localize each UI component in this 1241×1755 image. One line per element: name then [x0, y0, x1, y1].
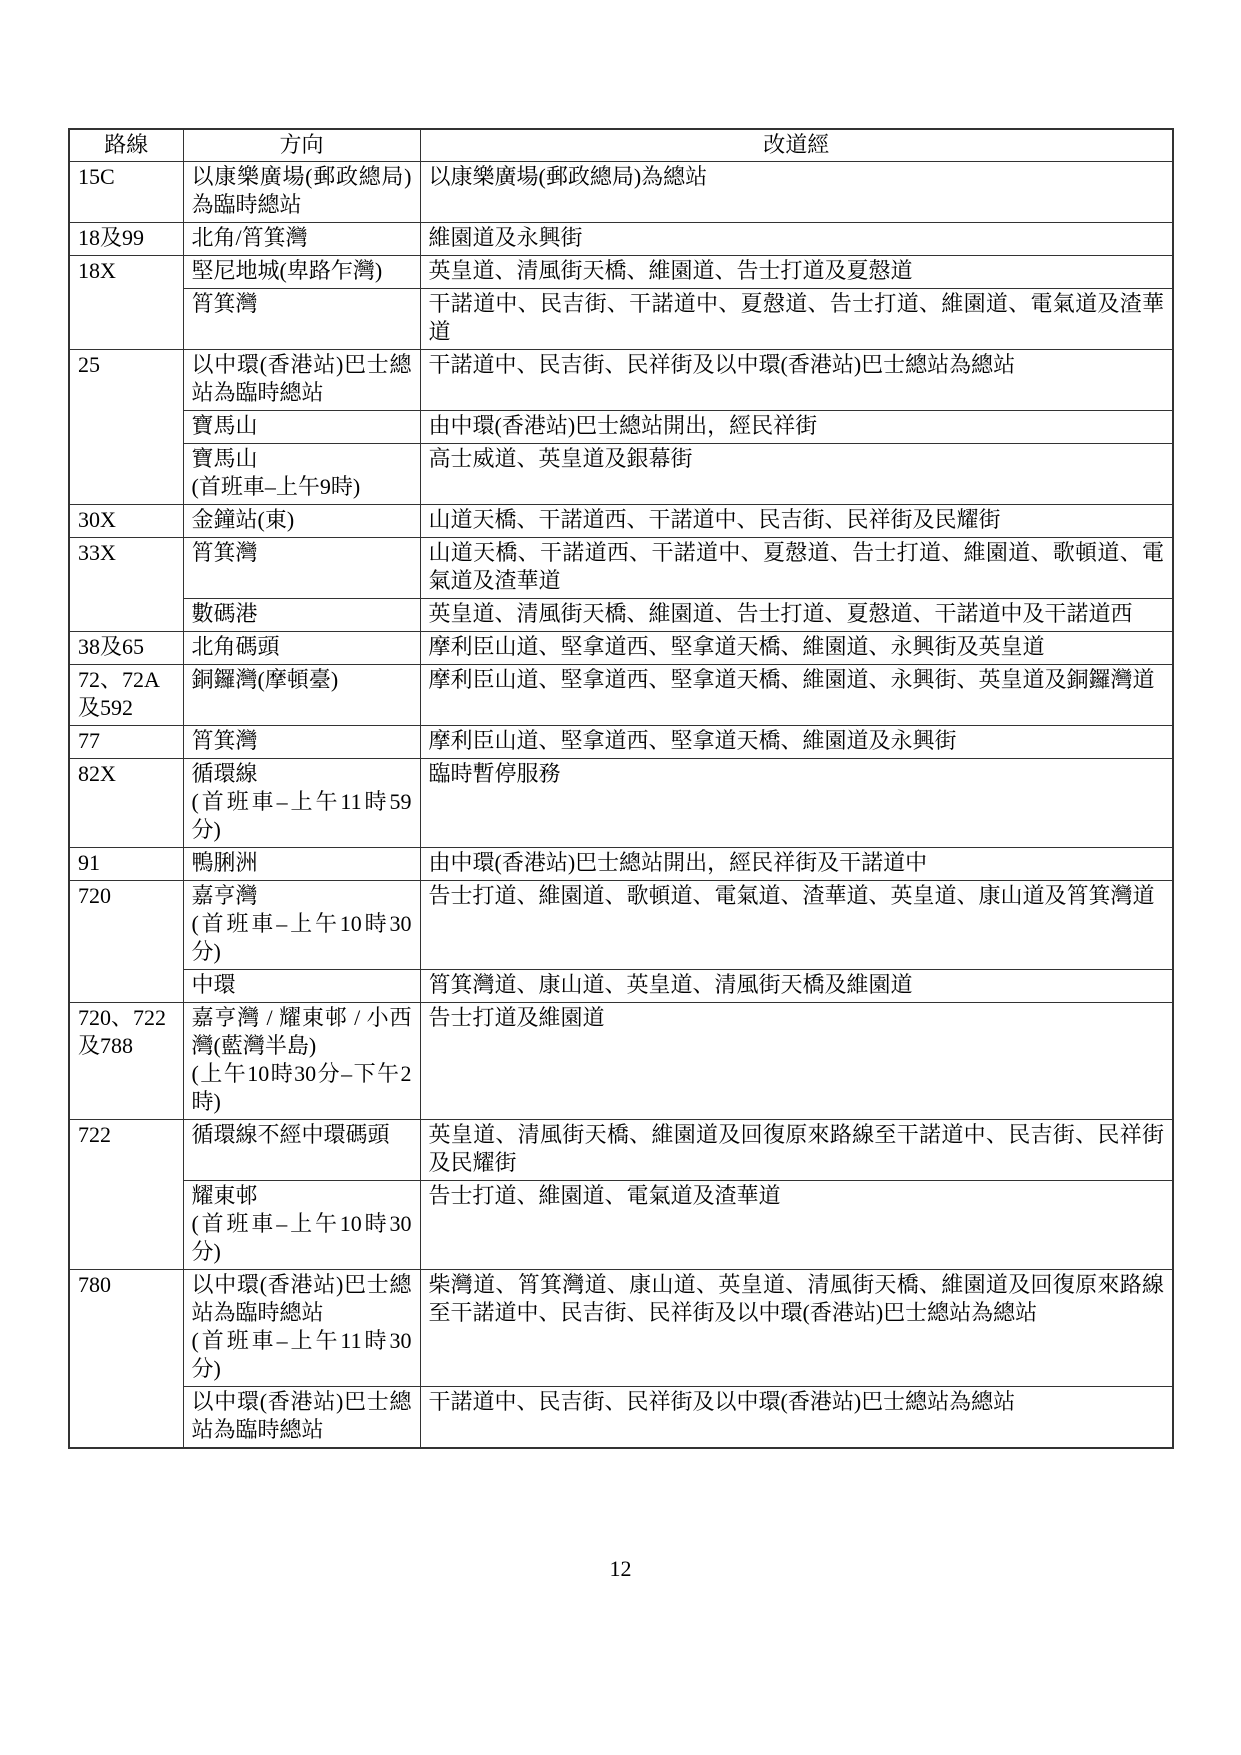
via-cell: 柴灣道、筲箕灣道、康山道、英皇道、清風街天橋、維園道及回復原來路線至干諾道中、民… [420, 1269, 1173, 1386]
header-via: 改道經 [420, 129, 1173, 161]
header-direction: 方向 [183, 129, 420, 161]
via-cell: 臨時暫停服務 [420, 758, 1173, 847]
table-row: 33X筲箕灣山道天橋、干諾道西、干諾道中、夏慤道、告士打道、維園道、歌頓道、電氣… [69, 537, 1173, 598]
table-row: 30X金鐘站(東)山道天橋、干諾道西、干諾道中、民吉街、民祥街及民耀街 [69, 504, 1173, 537]
direction-cell: 北角碼頭 [183, 631, 420, 664]
via-cell: 干諾道中、民吉街、民祥街及以中環(香港站)巴士總站為總站 [420, 349, 1173, 410]
via-cell: 告士打道、維園道、歌頓道、電氣道、渣華道、英皇道、康山道及筲箕灣道 [420, 880, 1173, 969]
table-row: 耀東邨 (首班車–上午10時30分)告士打道、維園道、電氣道及渣華道 [69, 1180, 1173, 1269]
table-row: 寶馬山由中環(香港站)巴士總站開出，經民祥街 [69, 410, 1173, 443]
table-row: 25以中環(香港站)巴士總站為臨時總站干諾道中、民吉街、民祥街及以中環(香港站)… [69, 349, 1173, 410]
direction-cell: 以中環(香港站)巴士總站為臨時總站 [183, 1386, 420, 1448]
direction-cell: 循環線不經中環碼頭 [183, 1119, 420, 1180]
via-cell: 由中環(香港站)巴士總站開出，經民祥街及干諾道中 [420, 847, 1173, 880]
table-row: 18X堅尼地城(卑路乍灣)英皇道、清風街天橋、維園道、告士打道及夏慤道 [69, 255, 1173, 288]
table-row: 寶馬山 (首班車–上午9時)高士威道、英皇道及銀幕街 [69, 443, 1173, 504]
direction-cell: 堅尼地城(卑路乍灣) [183, 255, 420, 288]
via-cell: 英皇道、清風街天橋、維園道、告士打道及夏慤道 [420, 255, 1173, 288]
via-cell: 高士威道、英皇道及銀幕街 [420, 443, 1173, 504]
route-cell: 720 [69, 880, 183, 1002]
via-cell: 英皇道、清風街天橋、維園道及回復原來路線至干諾道中、民吉街、民祥街及民耀街 [420, 1119, 1173, 1180]
direction-cell: 北角/筲箕灣 [183, 222, 420, 255]
page-number: 12 [0, 1556, 1241, 1582]
direction-cell: 銅鑼灣(摩頓臺) [183, 664, 420, 725]
route-cell: 30X [69, 504, 183, 537]
direction-cell: 寶馬山 [183, 410, 420, 443]
via-cell: 告士打道、維園道、電氣道及渣華道 [420, 1180, 1173, 1269]
direction-cell: 循環線 (首班車–上午11時59分) [183, 758, 420, 847]
direction-cell: 筲箕灣 [183, 288, 420, 349]
direction-cell: 以康樂廣場(郵政總局)為臨時總站 [183, 161, 420, 222]
direction-cell: 金鐘站(東) [183, 504, 420, 537]
table-row: 中環筲箕灣道、康山道、英皇道、清風街天橋及維園道 [69, 969, 1173, 1002]
direction-cell: 嘉亨灣 / 耀東邨 / 小西灣(藍灣半島) (上午10時30分–下午2時) [183, 1002, 420, 1119]
via-cell: 英皇道、清風街天橋、維園道、告士打道、夏慤道、干諾道中及干諾道西 [420, 598, 1173, 631]
route-cell: 91 [69, 847, 183, 880]
table-row: 720嘉亨灣 (首班車–上午10時30分)告士打道、維園道、歌頓道、電氣道、渣華… [69, 880, 1173, 969]
direction-cell: 鴨脷洲 [183, 847, 420, 880]
table-row: 780以中環(香港站)巴士總站為臨時總站 (首班車–上午11時30分)柴灣道、筲… [69, 1269, 1173, 1386]
route-cell: 15C [69, 161, 183, 222]
direction-cell: 以中環(香港站)巴士總站為臨時總站 (首班車–上午11時30分) [183, 1269, 420, 1386]
table-row: 18及99北角/筲箕灣維園道及永興街 [69, 222, 1173, 255]
via-cell: 干諾道中、民吉街、干諾道中、夏慤道、告士打道、維園道、電氣道及渣華道 [420, 288, 1173, 349]
route-cell: 780 [69, 1269, 183, 1448]
table-row: 15C以康樂廣場(郵政總局)為臨時總站以康樂廣場(郵政總局)為總站 [69, 161, 1173, 222]
direction-cell: 寶馬山 (首班車–上午9時) [183, 443, 420, 504]
route-cell: 18及99 [69, 222, 183, 255]
route-cell: 77 [69, 725, 183, 758]
via-cell: 摩利臣山道、堅拿道西、堅拿道天橋、維園道及永興街 [420, 725, 1173, 758]
via-cell: 干諾道中、民吉街、民祥街及以中環(香港站)巴士總站為總站 [420, 1386, 1173, 1448]
direction-cell: 嘉亨灣 (首班車–上午10時30分) [183, 880, 420, 969]
route-cell: 82X [69, 758, 183, 847]
document-page: 路線 方向 改道經 15C以康樂廣場(郵政總局)為臨時總站以康樂廣場(郵政總局)… [0, 0, 1241, 1755]
via-cell: 以康樂廣場(郵政總局)為總站 [420, 161, 1173, 222]
via-cell: 由中環(香港站)巴士總站開出，經民祥街 [420, 410, 1173, 443]
table-row: 數碼港英皇道、清風街天橋、維園道、告士打道、夏慤道、干諾道中及干諾道西 [69, 598, 1173, 631]
table-row: 筲箕灣干諾道中、民吉街、干諾道中、夏慤道、告士打道、維園道、電氣道及渣華道 [69, 288, 1173, 349]
via-cell: 山道天橋、干諾道西、干諾道中、夏慤道、告士打道、維園道、歌頓道、電氣道及渣華道 [420, 537, 1173, 598]
via-cell: 筲箕灣道、康山道、英皇道、清風街天橋及維園道 [420, 969, 1173, 1002]
table-row: 以中環(香港站)巴士總站為臨時總站干諾道中、民吉街、民祥街及以中環(香港站)巴士… [69, 1386, 1173, 1448]
bus-diversion-table: 路線 方向 改道經 15C以康樂廣場(郵政總局)為臨時總站以康樂廣場(郵政總局)… [68, 128, 1174, 1449]
table-row: 72、72A及592銅鑼灣(摩頓臺)摩利臣山道、堅拿道西、堅拿道天橋、維園道、永… [69, 664, 1173, 725]
route-cell: 18X [69, 255, 183, 349]
via-cell: 維園道及永興街 [420, 222, 1173, 255]
route-cell: 722 [69, 1119, 183, 1269]
via-cell: 摩利臣山道、堅拿道西、堅拿道天橋、維園道、永興街、英皇道及銅鑼灣道 [420, 664, 1173, 725]
table-row: 38及65北角碼頭摩利臣山道、堅拿道西、堅拿道天橋、維園道、永興街及英皇道 [69, 631, 1173, 664]
route-cell: 72、72A及592 [69, 664, 183, 725]
table-row: 82X循環線 (首班車–上午11時59分)臨時暫停服務 [69, 758, 1173, 847]
table-row: 91鴨脷洲由中環(香港站)巴士總站開出，經民祥街及干諾道中 [69, 847, 1173, 880]
table-row: 77筲箕灣摩利臣山道、堅拿道西、堅拿道天橋、維園道及永興街 [69, 725, 1173, 758]
direction-cell: 筲箕灣 [183, 725, 420, 758]
route-cell: 25 [69, 349, 183, 504]
route-cell: 720、722及788 [69, 1002, 183, 1119]
table-body: 15C以康樂廣場(郵政總局)為臨時總站以康樂廣場(郵政總局)為總站18及99北角… [69, 161, 1173, 1448]
direction-cell: 以中環(香港站)巴士總站為臨時總站 [183, 349, 420, 410]
route-cell: 38及65 [69, 631, 183, 664]
table-row: 720、722及788嘉亨灣 / 耀東邨 / 小西灣(藍灣半島) (上午10時3… [69, 1002, 1173, 1119]
table-row: 722循環線不經中環碼頭英皇道、清風街天橋、維園道及回復原來路線至干諾道中、民吉… [69, 1119, 1173, 1180]
via-cell: 山道天橋、干諾道西、干諾道中、民吉街、民祥街及民耀街 [420, 504, 1173, 537]
via-cell: 告士打道及維園道 [420, 1002, 1173, 1119]
direction-cell: 數碼港 [183, 598, 420, 631]
route-cell: 33X [69, 537, 183, 631]
header-route: 路線 [69, 129, 183, 161]
direction-cell: 耀東邨 (首班車–上午10時30分) [183, 1180, 420, 1269]
table-header-row: 路線 方向 改道經 [69, 129, 1173, 161]
direction-cell: 中環 [183, 969, 420, 1002]
direction-cell: 筲箕灣 [183, 537, 420, 598]
via-cell: 摩利臣山道、堅拿道西、堅拿道天橋、維園道、永興街及英皇道 [420, 631, 1173, 664]
